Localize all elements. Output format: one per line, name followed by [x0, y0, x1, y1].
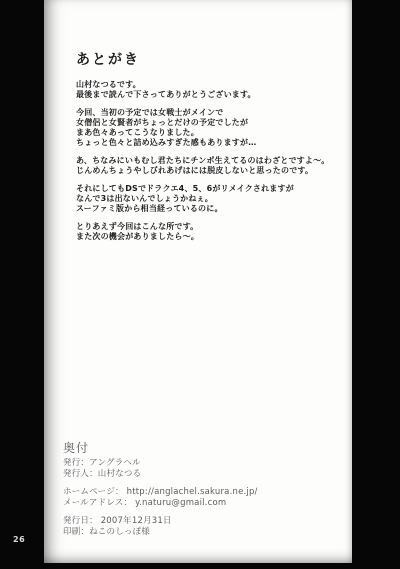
colophon-title: 奥付 — [63, 441, 258, 455]
colophon-email: メールアドレス： y.naturu@gmail.com — [63, 498, 258, 509]
afterword-line: それにしてもDSでドラクエ4、5、6がリメイクされますが — [76, 184, 329, 194]
afterword-line: スーファミ版から相当経っているのに。 — [76, 204, 329, 214]
page-number: 26 — [13, 535, 25, 544]
colophon-publisher: 発行：アングラヘル — [63, 458, 258, 469]
afterword-title: あとがき — [76, 52, 329, 68]
afterword-paragraph-greeting: 山村なつるです。 最後まで読んで下さってありがとうございます。 — [76, 80, 329, 100]
afterword-line: じんめんちょうやしびれあげはには脱皮しないと思ったのです。 — [76, 166, 329, 176]
afterword-line: ちょっと色々と詰め込みすぎた感もありますが… — [76, 138, 329, 148]
afterword-paragraph-note: あ、ちなみにいもむし君たちにチンポ生えてるのはわざとですよ～。 じんめんちょうや… — [76, 156, 329, 176]
colophon-print-group: 発行日： 2007年12月31日 印刷：ねこのしっぽ様 — [63, 516, 258, 538]
afterword-line: まあ色々あってこうなりました。 — [76, 128, 329, 138]
afterword-line: なんで3は出ないんでしょうかねぇ。 — [76, 194, 329, 204]
colophon-contact-group: ホームページ： http://anglachel.sakura.ne.jp/ メ… — [63, 487, 258, 509]
afterword-line: 女僧侶と女賢者がちょっとだけの予定でしたが — [76, 118, 329, 128]
scanned-page-scene: あとがき 山村なつるです。 最後まで読んで下さってありがとうございます。 今回、… — [0, 0, 400, 569]
afterword-line: また次の機会がありましたら～。 — [76, 232, 329, 242]
colophon-homepage: ホームページ： http://anglachel.sakura.ne.jp/ — [63, 487, 258, 498]
afterword-line: とりあえず今回はこんな所です。 — [76, 222, 329, 232]
afterword-line: 今回、当初の予定では女戦士がメインで — [76, 108, 329, 118]
afterword-line: 山村なつるです。 — [76, 80, 329, 90]
colophon-publication-date: 発行日： 2007年12月31日 — [63, 516, 258, 527]
afterword-line: あ、ちなみにいもむし君たちにチンポ生えてるのはわざとですよ～。 — [76, 156, 329, 166]
colophon-publisher-group: 発行：アングラヘル 発行人：山村なつる — [63, 458, 258, 480]
colophon-section: 奥付 発行：アングラヘル 発行人：山村なつる ホームページ： http://an… — [63, 441, 258, 545]
afterword-paragraph-closing: とりあえず今回はこんな所です。 また次の機会がありましたら～。 — [76, 222, 329, 242]
colophon-publisher-person: 発行人：山村なつる — [63, 469, 258, 480]
afterword-line: 最後まで読んで下さってありがとうございます。 — [76, 90, 329, 100]
afterword-paragraph-plans: 今回、当初の予定では女戦士がメインで 女僧侶と女賢者がちょっとだけの予定でしたが… — [76, 108, 329, 148]
afterword-section: あとがき 山村なつるです。 最後まで読んで下さってありがとうございます。 今回、… — [76, 52, 329, 250]
afterword-paragraph-remake: それにしてもDSでドラクエ4、5、6がリメイクされますが なんで3は出ないんでし… — [76, 184, 329, 214]
colophon-printer: 印刷：ねこのしっぽ様 — [63, 527, 258, 538]
paper-page: あとがき 山村なつるです。 最後まで読んで下さってありがとうございます。 今回、… — [44, 0, 352, 563]
